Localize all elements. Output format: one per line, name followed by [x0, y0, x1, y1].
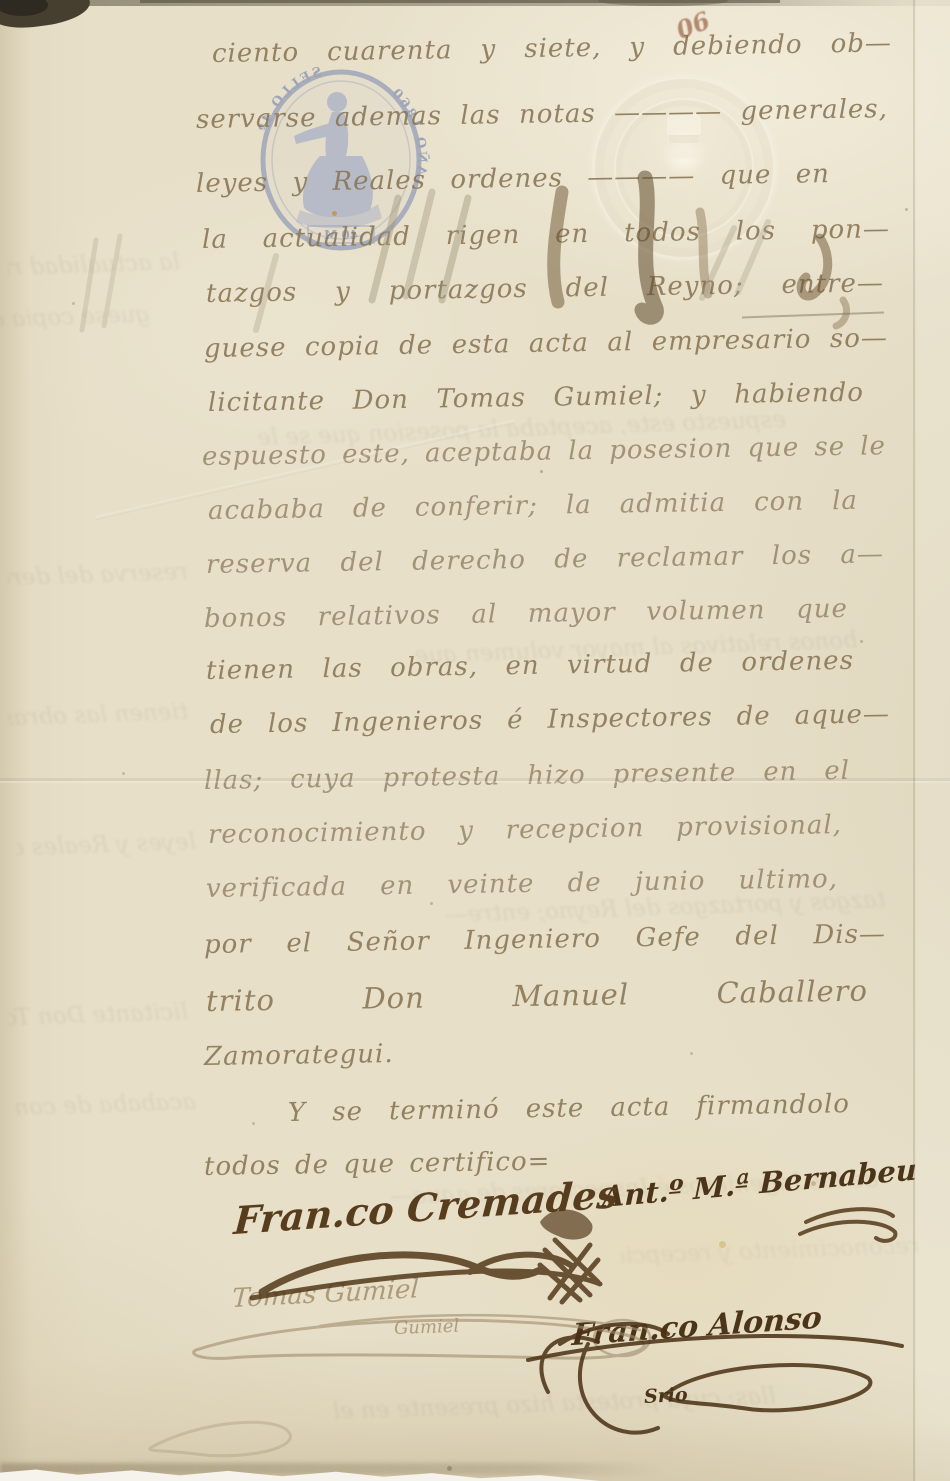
manuscript-page: la actualidad rigen en todos los pon— gu…	[0, 0, 950, 1481]
manuscript-line-6: guese copia de esta acta al empresario s…	[204, 322, 888, 365]
signature-gumiel: Tomas Gumiel	[231, 1274, 419, 1314]
bleedthrough-text: guese copia de esta acta al empresario s…	[0, 301, 150, 332]
manuscript-line-20: Y se terminó este acta firmandolo	[288, 1088, 850, 1129]
manuscript-line-1: ciento cuarenta y siete, y debiendo ob—	[212, 27, 892, 70]
paper-edge-right	[916, 0, 950, 1481]
manuscript-line-13: de los Ingenieros é Inspectores de aque—	[210, 698, 890, 741]
manuscript-line-18: trito Don Manuel Caballero	[206, 975, 868, 1017]
bleedthrough-text: tienen las obras, en virtud de ordenes	[8, 699, 189, 731]
bleedthrough-text: leyes y Reales ordenes ———— que en	[16, 829, 197, 861]
manuscript-line-9: acababa de conferir; la admitia con la	[208, 485, 858, 527]
bleedthrough-text: reserva del derecho de reclamar los a—	[8, 559, 189, 591]
bleedthrough-text: acababa de conferir; la admitia con la	[16, 1089, 197, 1121]
signature-gumiel-rubric: Gumiel	[394, 1316, 460, 1339]
manuscript-line-14: llas; cuya protesta hizo presente en el	[204, 755, 850, 797]
manuscript-line-11: bonos relativos al mayor volumen que	[204, 593, 848, 635]
underline-entre	[742, 312, 884, 319]
manuscript-line-19: Zamorategui.	[204, 1038, 394, 1073]
paper-specks	[0, 0, 3, 3]
signature-alonso-title: Srio	[643, 1384, 688, 1408]
bleedthrough-text: licitante Don Tomas Gumiel; y habiendo	[8, 999, 189, 1031]
manuscript-line-15: reconocimiento y recepcion provisional,	[208, 809, 842, 851]
bleedthrough-text: la actualidad rigen en todos los pon—	[8, 249, 181, 281]
signature-alonso: Fran.co Alonso	[571, 1300, 823, 1353]
paper-fold-right	[913, 0, 915, 1481]
bleedthrough-text: reconocimiento y recepcion provisional,	[620, 1233, 921, 1269]
manuscript-line-10: reserva del derecho de reclamar los a—	[206, 538, 884, 581]
manuscript-line-5: tazgos y portazgos del Reyno; entre—	[206, 267, 884, 310]
signature-bernabeu: Ant.º M.ª Bernabeu	[602, 1152, 917, 1214]
paper-crease-horizontal	[0, 778, 950, 781]
manuscript-line-21: todos de que certifico=	[204, 1146, 551, 1183]
